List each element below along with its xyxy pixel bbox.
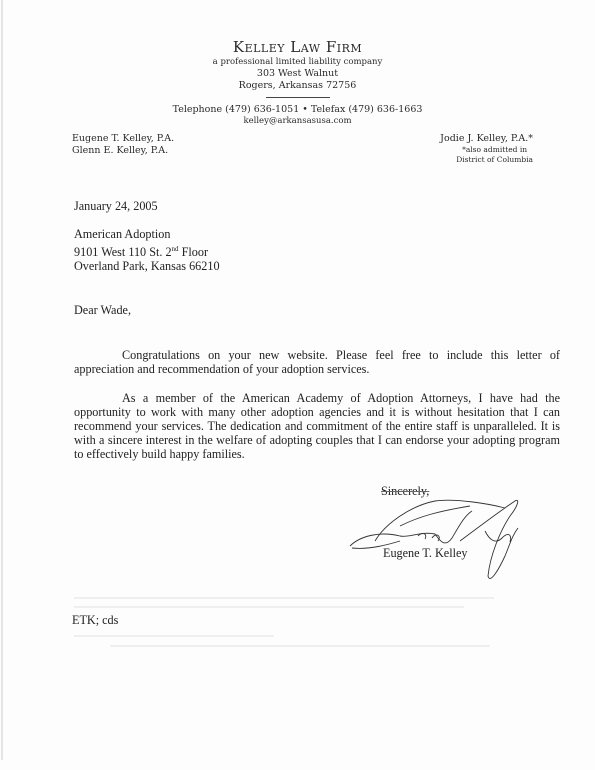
attorneys-right: Jodie J. Kelley, P.A.* *also admitted in… <box>436 133 533 165</box>
bleed-through <box>74 606 464 608</box>
letter-page: Kelley Law Firm a professional limited l… <box>0 0 595 770</box>
bleed-through <box>74 597 494 599</box>
firm-subtitle: a professional limited liability company <box>0 56 595 68</box>
recipient-city: Overland Park, Kansas 66210 <box>74 259 220 274</box>
admission-note: *also admitted in <box>456 145 533 155</box>
bleed-through <box>110 645 490 647</box>
street-text: 9101 West 110 St. 2 <box>74 245 172 259</box>
paragraph-text: As a member of the American Academy of A… <box>74 391 560 461</box>
firm-phone: Telephone (479) 636-1051 • Telefax (479)… <box>0 104 595 116</box>
attorney-name: Eugene T. Kelley, P.A. <box>72 133 174 145</box>
attorney-name: Glenn E. Kelley, P.A. <box>72 145 174 157</box>
firm-street: 303 West Walnut <box>0 68 595 80</box>
signature-scribble <box>340 486 540 586</box>
letterhead-divider <box>266 97 330 98</box>
reference-initials: ETK; cds <box>72 613 118 628</box>
bleed-through <box>74 635 274 637</box>
street-floor: Floor <box>179 245 208 259</box>
paragraph-text: Congratulations on your new website. Ple… <box>74 348 560 376</box>
letterhead: Kelley Law Firm a professional limited l… <box>0 38 595 127</box>
salutation: Dear Wade, <box>74 303 131 318</box>
letter-date: January 24, 2005 <box>74 199 158 214</box>
recipient-address: American Adoption 9101 West 110 St. 2nd … <box>74 227 220 274</box>
attorneys-left: Eugene T. Kelley, P.A. Glenn E. Kelley, … <box>72 133 174 157</box>
firm-city: Rogers, Arkansas 72756 <box>0 80 595 92</box>
paragraph-2: As a member of the American Academy of A… <box>74 391 560 461</box>
paragraph-1: Congratulations on your new website. Ple… <box>74 348 560 376</box>
firm-email: kelley@arkansasusa.com <box>0 116 595 127</box>
street-ordinal: nd <box>172 245 179 253</box>
recipient-name: American Adoption <box>74 227 220 242</box>
attorney-name: Jodie J. Kelley, P.A.* <box>436 133 533 145</box>
recipient-street: 9101 West 110 St. 2nd Floor <box>74 242 220 260</box>
firm-name: Kelley Law Firm <box>0 38 595 56</box>
admission-note: District of Columbia <box>456 155 533 165</box>
signer-name: Eugene T. Kelley <box>383 546 468 561</box>
